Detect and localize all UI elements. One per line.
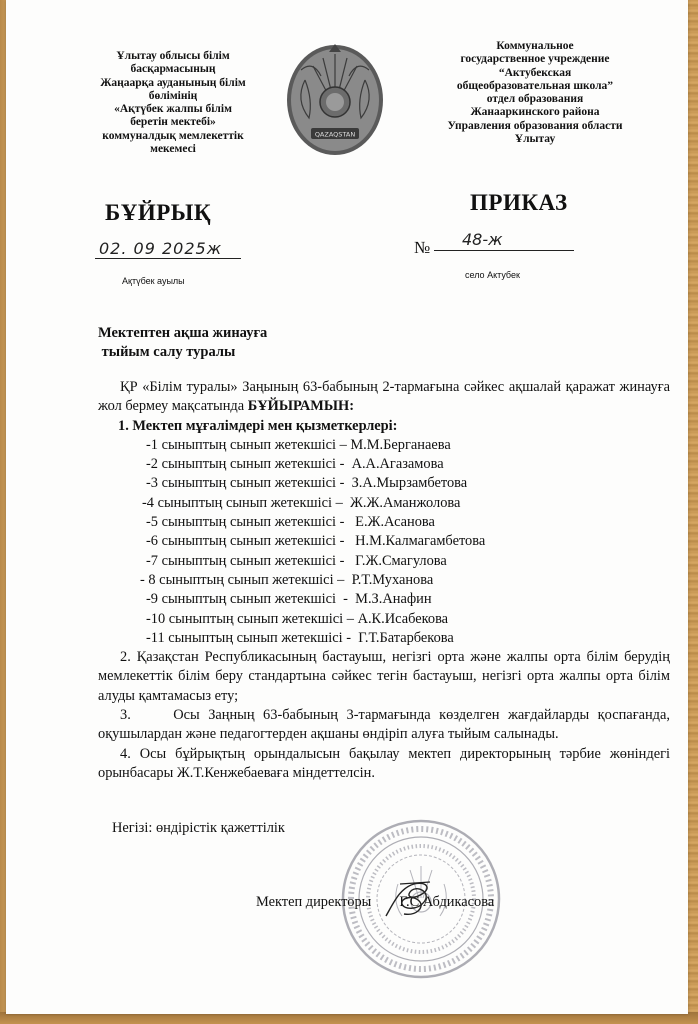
state-emblem-icon: QAZAQSTAN bbox=[283, 40, 387, 158]
header-right-line: Ұлытау bbox=[430, 133, 640, 146]
header-right-line: Жанааркинского района bbox=[430, 106, 640, 119]
header-right-line: “Актубекская bbox=[430, 67, 640, 80]
teacher-list-item: -3 сыныптың сынып жетекшісі - З.А.Мырзам… bbox=[146, 474, 670, 493]
handwritten-signature-icon bbox=[380, 880, 436, 920]
header-left-line: «Ақтүбек жалпы білім bbox=[78, 103, 268, 116]
teacher-list-item: -5 сыныптың сынып жетекшісі - Е.Ж.Асанов… bbox=[146, 513, 670, 532]
signer-title: Мектеп директоры bbox=[256, 894, 371, 910]
header-left-line: бөлімінің bbox=[78, 90, 268, 103]
wood-background-right bbox=[688, 0, 698, 1024]
header-left-line: Ұлытау облысы білім bbox=[78, 50, 268, 63]
teacher-list-item: -11 сыныптың сынып жетекшісі - Г.Т.Батар… bbox=[146, 629, 670, 648]
point-4: 4. Осы бұйрықтың орындалысын бақылау мек… bbox=[98, 745, 670, 784]
header-left-line: беретін мектебі» bbox=[78, 116, 268, 129]
intro-text: ҚР «Білім туралы» Заңының 63-бабының 2-т… bbox=[98, 379, 670, 414]
intro-paragraph: ҚР «Білім туралы» Заңының 63-бабының 2-т… bbox=[98, 378, 670, 417]
point-3: 3. Осы Заңның 63-бабының 3-тармағында кө… bbox=[98, 706, 670, 745]
teacher-list-item: -7 сыныптың сынып жетекшісі - Г.Ж.Смагул… bbox=[146, 552, 670, 571]
header-left-line: басқармасының bbox=[78, 63, 268, 76]
header-left-line: мекемесі bbox=[78, 143, 268, 156]
teacher-list-item: -10 сыныптың сынып жетекшісі – А.К.Исабе… bbox=[146, 610, 670, 629]
signature-block: Мектеп директорыГ.С.Абдикасова bbox=[256, 894, 494, 911]
order-number-handwritten: 48-ж bbox=[462, 230, 503, 249]
order-body: ҚР «Білім туралы» Заңының 63-бабының 2-т… bbox=[98, 378, 670, 783]
teacher-list-item: -1 сыныптың сынып жетекшісі – М.М.Берган… bbox=[146, 436, 670, 455]
subject-line: тыйым салу туралы bbox=[98, 343, 267, 362]
header-right-line: государственное учреждение bbox=[430, 53, 640, 66]
intro-decree-word: БҰЙЫРАМЫН: bbox=[248, 398, 354, 414]
order-title-ru: ПРИКАЗ bbox=[470, 190, 568, 216]
order-number-underline bbox=[434, 250, 574, 251]
header-right-ru: Коммунальное государственное учреждение … bbox=[430, 40, 640, 146]
header-right-line: Коммунальное bbox=[430, 40, 640, 53]
place-kz: Ақтүбек ауылы bbox=[122, 276, 185, 286]
teacher-list-item: -2 сыныптың сынып жетекшісі - А.А.Агазам… bbox=[146, 455, 670, 474]
svg-text:QAZAQSTAN: QAZAQSTAN bbox=[315, 131, 356, 139]
order-number-label: № bbox=[414, 238, 430, 258]
order-date-handwritten: 02. 09 2025ж bbox=[95, 239, 241, 259]
teacher-list-item: -9 сыныптың сынып жетекшісі - М.З.Анафин bbox=[146, 590, 670, 609]
place-ru: село Актубек bbox=[465, 270, 520, 280]
point-2: 2. Қазақстан Республикасының бастауыш, н… bbox=[98, 648, 670, 706]
header-left-line: Жаңаарқа ауданының білім bbox=[78, 77, 268, 90]
order-basis: Негізі: өндірістік қажеттілік bbox=[112, 820, 285, 837]
teacher-list-item: - 8 сыныптың сынып жетекшісі – Р.Т.Мухан… bbox=[140, 571, 670, 590]
order-title-kz: БҰЙРЫҚ bbox=[105, 200, 211, 226]
point-1-heading: 1. Мектеп мұғалімдері мен қызметкерлері: bbox=[98, 417, 670, 436]
header-left-line: коммуналдық мемлекеттік bbox=[78, 130, 268, 143]
header-right-line: отдел образования bbox=[430, 93, 640, 106]
teacher-list-item: -4 сыныптың сынып жетекшісі – Ж.Ж.Аманжо… bbox=[142, 494, 670, 513]
header-right-line: общеобразовательная школа” bbox=[430, 80, 640, 93]
order-subject: Мектептен ақша жинауға тыйым салу туралы bbox=[98, 324, 267, 362]
teacher-list-item: -6 сыныптың сынып жетекшісі - Н.М.Калмаг… bbox=[146, 532, 670, 551]
subject-line: Мектептен ақша жинауға bbox=[98, 324, 267, 343]
teacher-list: -1 сыныптың сынып жетекшісі – М.М.Берган… bbox=[98, 436, 670, 648]
header-right-line: Управления образования области bbox=[430, 120, 640, 133]
header-left-kz: Ұлытау облысы білім басқармасының Жаңаар… bbox=[78, 50, 268, 156]
